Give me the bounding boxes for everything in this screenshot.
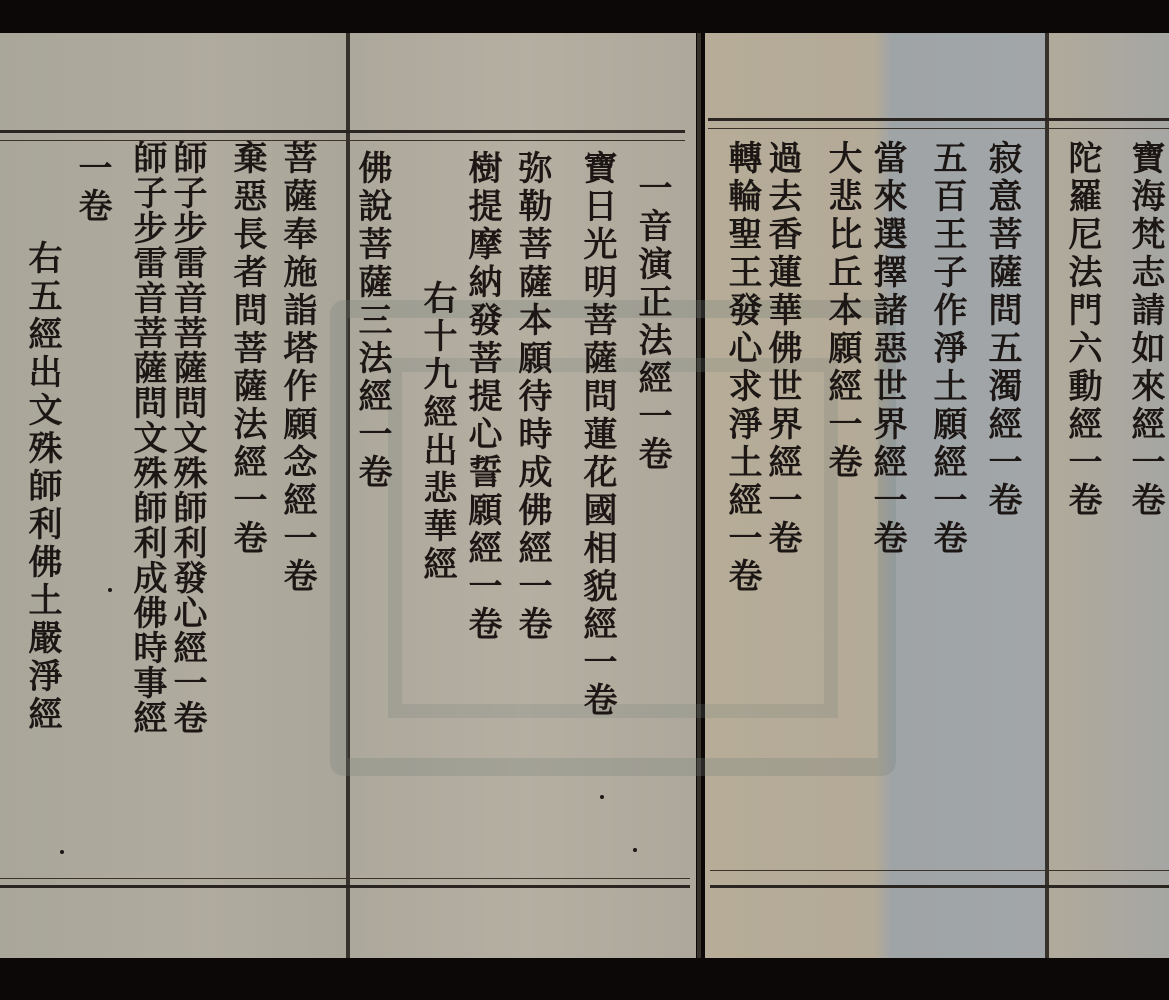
text-column: 過去香蓮華佛世界經一卷 — [762, 140, 802, 558]
text-column: 一音演正法經一卷 — [632, 170, 672, 474]
binding-clip — [1040, 976, 1094, 1000]
page-fold — [1045, 33, 1049, 958]
text-column: 棄惡長者問菩薩法經一卷 — [227, 140, 267, 558]
punctuation-dot — [600, 795, 604, 799]
text-column: 寂意菩薩問五濁經一卷 — [982, 140, 1022, 520]
bottom-border-rule-thin — [0, 878, 690, 879]
bottom-border-rule-thin — [710, 870, 1169, 871]
text-column: 寶海梵志請如來經一卷 — [1125, 140, 1165, 520]
text-column: 師子步雷音菩薩問文殊師利成佛時事經 — [127, 140, 167, 735]
text-column: 大悲比丘本願經一卷 — [822, 140, 862, 482]
text-column: 菩薩奉施詣塔作願念經一卷 — [277, 140, 317, 596]
punctuation-dot — [633, 848, 637, 852]
text-column: 五百王子作淨土願經一卷 — [927, 140, 967, 558]
top-border-rule — [0, 130, 685, 133]
punctuation-dot — [108, 588, 112, 592]
text-column: 佛說菩薩三法經一卷 — [352, 150, 392, 492]
binding-clip — [140, 976, 194, 1000]
text-column: 轉輪聖王發心求淨土經一卷 — [722, 140, 762, 596]
text-column-summary: 右五經出文殊師利佛土嚴淨經 — [22, 240, 62, 734]
text-column: 陀羅尼法門六動經一卷 — [1062, 140, 1102, 520]
text-column: 樹提摩納發菩提心誓願經一卷 — [462, 150, 502, 644]
top-border-rule — [708, 118, 1169, 121]
text-column: 當來選擇諸惡世界經一卷 — [867, 140, 907, 558]
text-column: 一卷 — [72, 150, 112, 226]
punctuation-dot — [60, 850, 64, 854]
text-column: 師子步雷音菩薩問文殊師利發心經一卷 — [167, 140, 207, 735]
text-column-summary: 右十九經出悲華經 — [417, 280, 457, 584]
bottom-border-rule — [0, 885, 690, 888]
top-border-rule-thin — [708, 128, 1169, 129]
text-column: 寶日光明菩薩問蓮花國相貌經一卷 — [577, 150, 617, 720]
text-column: 弥勒菩薩本願待時成佛經一卷 — [512, 150, 552, 644]
top-border-rule-thin — [0, 140, 685, 141]
bottom-border-rule — [710, 885, 1169, 888]
